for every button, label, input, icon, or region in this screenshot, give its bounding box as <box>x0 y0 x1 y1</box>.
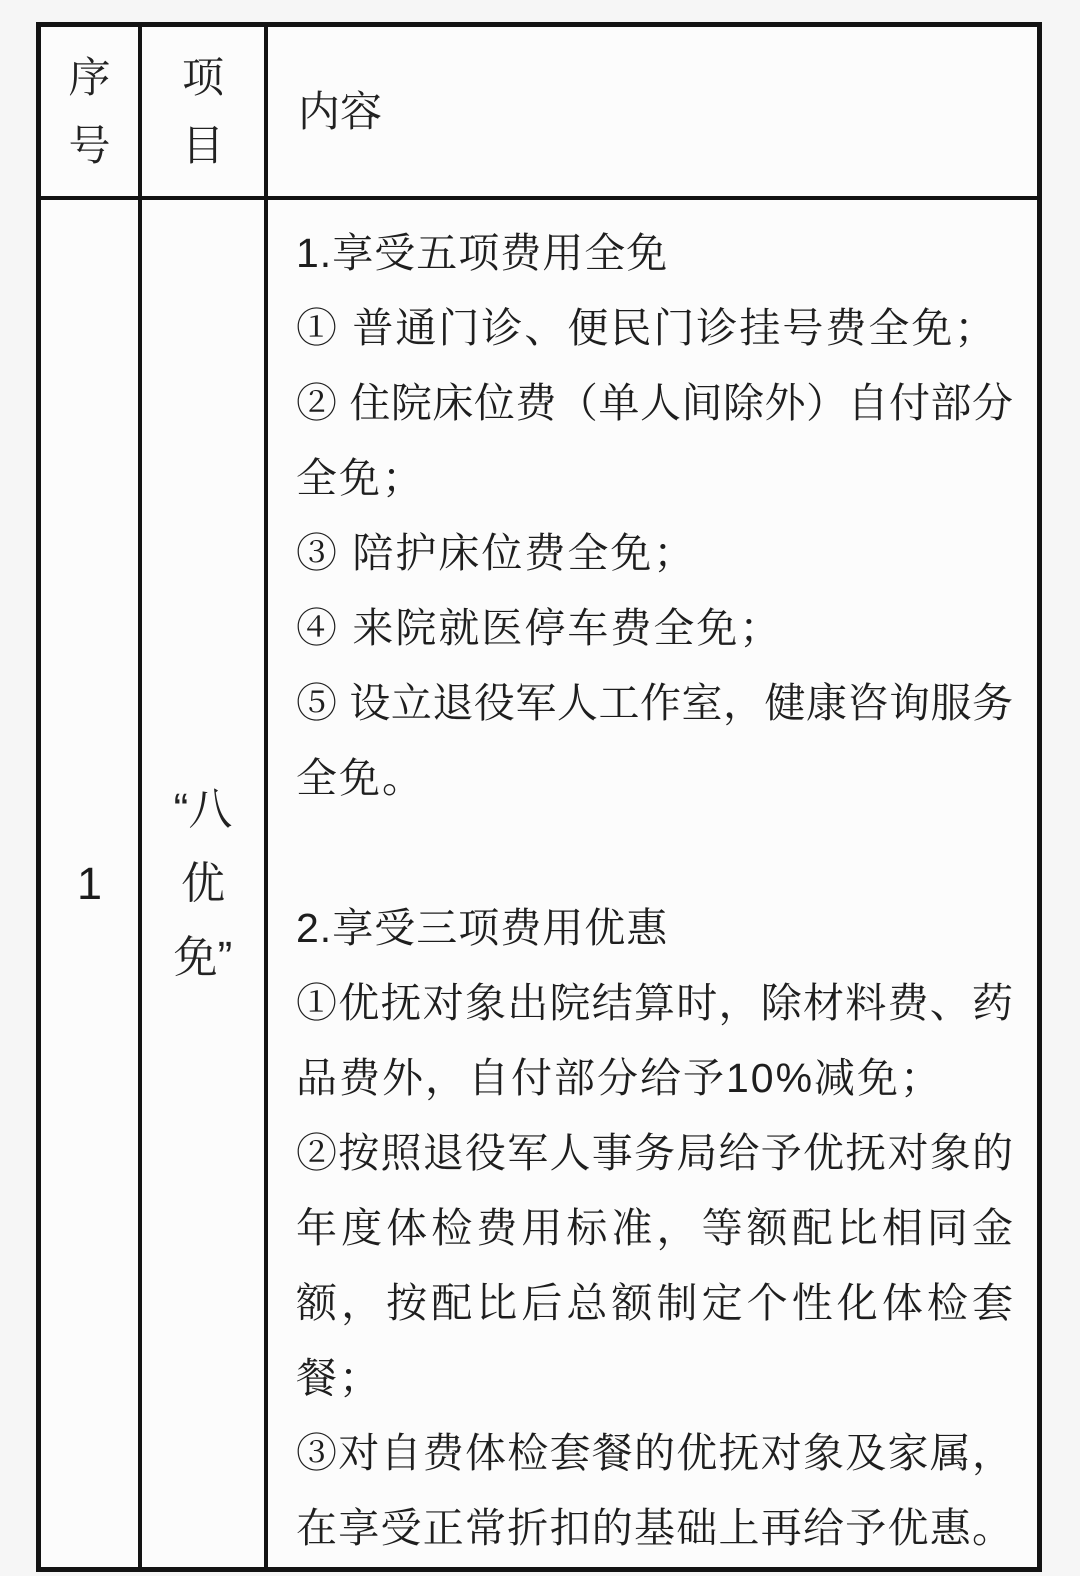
content-line: 餐； <box>296 1341 1013 1416</box>
row-serial-cell: 1 <box>41 200 142 1567</box>
content-line: ①优抚对象出院结算时，除材料费、药 <box>296 966 1013 1041</box>
row-serial-value: 1 <box>77 858 102 910</box>
project-line: “八 <box>174 773 233 847</box>
content-cell: 1.享受五项费用全免① 普通门诊、便民门诊挂号费全免；② 住院床位费（单人间除外… <box>268 200 1037 1567</box>
header-serial-line1: 序 <box>68 44 110 112</box>
project-line: 免” <box>174 921 233 995</box>
content-line: ② 住院床位费（单人间除外）自付部分 <box>296 366 1013 441</box>
header-content: 内容 <box>268 27 1037 200</box>
content-line <box>296 816 1013 891</box>
content-line: ③对自费体检套餐的优抚对象及家属， <box>296 1416 1013 1491</box>
header-project: 项 目 <box>142 27 268 200</box>
header-project-line2: 目 <box>182 112 224 180</box>
benefits-table: 序 号 项 目 内容 1 “八优免” 1.享受五项费用全免① 普通门诊、便民门诊… <box>36 22 1042 1572</box>
content-line: 2.享受三项费用优惠 <box>296 891 1013 966</box>
header-project-line1: 项 <box>182 44 224 112</box>
content-line: ④ 来院就医停车费全免； <box>296 591 1013 666</box>
content-line: 全免； <box>296 441 1013 516</box>
project-line: 优 <box>181 847 225 921</box>
content-line: 全免。 <box>296 741 1013 816</box>
header-serial-line2: 号 <box>68 112 110 180</box>
content-line: ③ 陪护床位费全免； <box>296 516 1013 591</box>
content-line: ②按照退役军人事务局给予优抚对象的 <box>296 1116 1013 1191</box>
content-line: 1.享受五项费用全免 <box>296 216 1013 291</box>
content-line: ① 普通门诊、便民门诊挂号费全免； <box>296 291 1013 366</box>
row-project-cell: “八优免” <box>142 200 268 1567</box>
content-line: 年度体检费用标准，等额配比相同金 <box>296 1191 1013 1266</box>
content-line: ⑤ 设立退役军人工作室，健康咨询服务 <box>296 666 1013 741</box>
header-content-label: 内容 <box>298 87 382 137</box>
content-line: 额，按配比后总额制定个性化体检套 <box>296 1266 1013 1341</box>
content-line: 品费外，自付部分给予10%减免； <box>296 1041 1013 1116</box>
header-serial: 序 号 <box>41 27 142 200</box>
content-line: 在享受正常折扣的基础上再给予优惠。 <box>296 1491 1013 1566</box>
